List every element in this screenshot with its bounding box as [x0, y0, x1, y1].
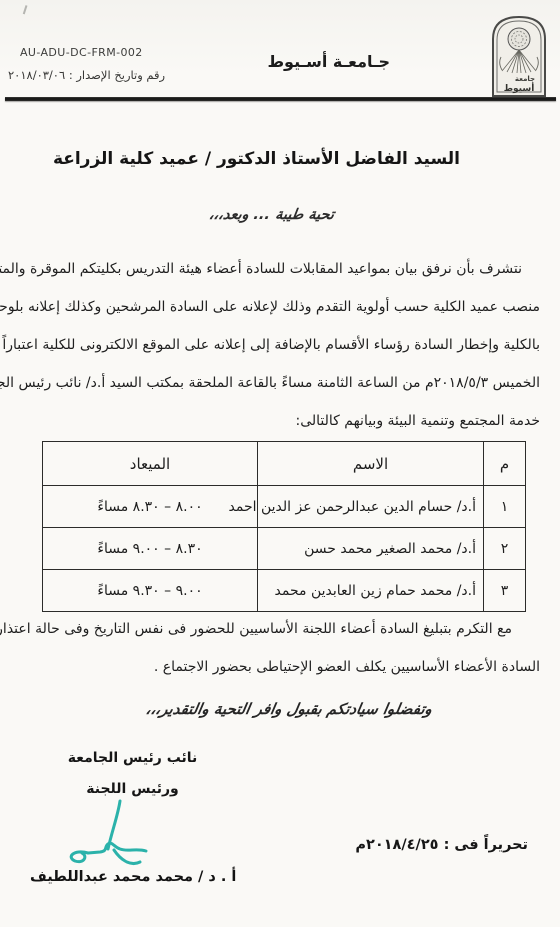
header-cell-number: م: [484, 442, 526, 486]
body-line: منصب عميد الكلية حسب أولوية التقدم وذلك …: [18, 288, 540, 326]
candidate-name: أ.د/ محمد الصغير محمد حسن: [258, 528, 484, 570]
recipient-title: السيد الفاضل الأستاذ الدكتور / عميد كلية…: [53, 149, 460, 169]
written-date: تحريراً فى : ٢٠١٨/٤/٢٥م: [355, 837, 528, 853]
body-line: بالكلية وإخطار السادة رؤساء الأقسام بالإ…: [18, 326, 540, 364]
salutation-script: وتفضلوا سيادتكم بقبول وافر التحية والتقد…: [144, 700, 433, 718]
body-line: نتشرف بأن نرفق بيان بمواعيد المقابلات لل…: [18, 250, 540, 288]
scanned-letter-page: AU-ADU-DC-FRM-002 رقم وتاريخ الإصدار : ٢…: [0, 0, 560, 927]
closing-line: مع التكرم بتبليغ السادة أعضاء اللجنة الأ…: [18, 610, 540, 648]
header-cell-name: الاسم: [258, 442, 484, 486]
candidate-name: أ.د/ محمد حمام زين العابدين محمد: [258, 570, 484, 612]
handwritten-signature: [42, 797, 157, 875]
interview-time: ٨.٠٠ – ٨.٣٠ مساءً: [43, 486, 258, 528]
issue-number-date: رقم وتاريخ الإصدار : ٢٠١٨/٠٣/٠٦: [8, 68, 165, 82]
signature-title-line: نائب رئيس الجامعة: [55, 750, 210, 766]
university-seal-logo: جامعة أسيوط: [490, 13, 548, 99]
interview-time: ٨.٣٠ – ٩.٠٠ مساءً: [43, 528, 258, 570]
letter-body: نتشرف بأن نرفق بيان بمواعيد المقابلات لل…: [18, 250, 540, 440]
greeting-script: تحية طيبة ... وبعد،،،: [208, 207, 335, 223]
body-line: الخميس ٢٠١٨/٥/٣م من الساعة الثامنة مساءً…: [18, 364, 540, 402]
university-name: جـامعـة أسـيوط: [267, 52, 390, 71]
signature-title-line: ورئيس اللجنة: [55, 781, 210, 797]
scan-artifact-speck: [23, 5, 32, 16]
table-row: ٢ أ.د/ محمد الصغير محمد حسن ٨.٣٠ – ٩.٠٠ …: [43, 528, 526, 570]
row-number: ٢: [484, 528, 526, 570]
seal-word-bottom: أسيوط: [504, 82, 535, 94]
header-cell-time: الميعاد: [43, 442, 258, 486]
signature-titles: نائب رئيس الجامعة ورئيس اللجنة: [55, 750, 210, 797]
seal-word-top: جامعة: [515, 75, 535, 83]
row-number: ١: [484, 486, 526, 528]
row-number: ٣: [484, 570, 526, 612]
closing-line: السادة الأعضاء الأساسيين يكلف العضو الإح…: [18, 648, 540, 686]
signer-name: أ . د / محمد محمد عبداللطيف: [30, 869, 236, 885]
table-row: ٣ أ.د/ محمد حمام زين العابدين محمد ٩.٠٠ …: [43, 570, 526, 612]
header-divider-rule: [5, 97, 556, 101]
closing-paragraph: مع التكرم بتبليغ السادة أعضاء اللجنة الأ…: [18, 610, 540, 686]
candidate-name: أ.د/ حسام الدين عبدالرحمن عز الدين احمد: [258, 486, 484, 528]
interview-schedule-table: م الاسم الميعاد ١ أ.د/ حسام الدين عبدالر…: [42, 441, 526, 612]
body-line: خدمة المجتمع وتنمية البيئة وبيانهم كالتا…: [18, 402, 540, 440]
interview-time: ٩.٠٠ – ٩.٣٠ مساءً: [43, 570, 258, 612]
form-code: AU-ADU-DC-FRM-002: [20, 46, 143, 59]
table-row: ١ أ.د/ حسام الدين عبدالرحمن عز الدين احم…: [43, 486, 526, 528]
table-header-row: م الاسم الميعاد: [43, 442, 526, 486]
